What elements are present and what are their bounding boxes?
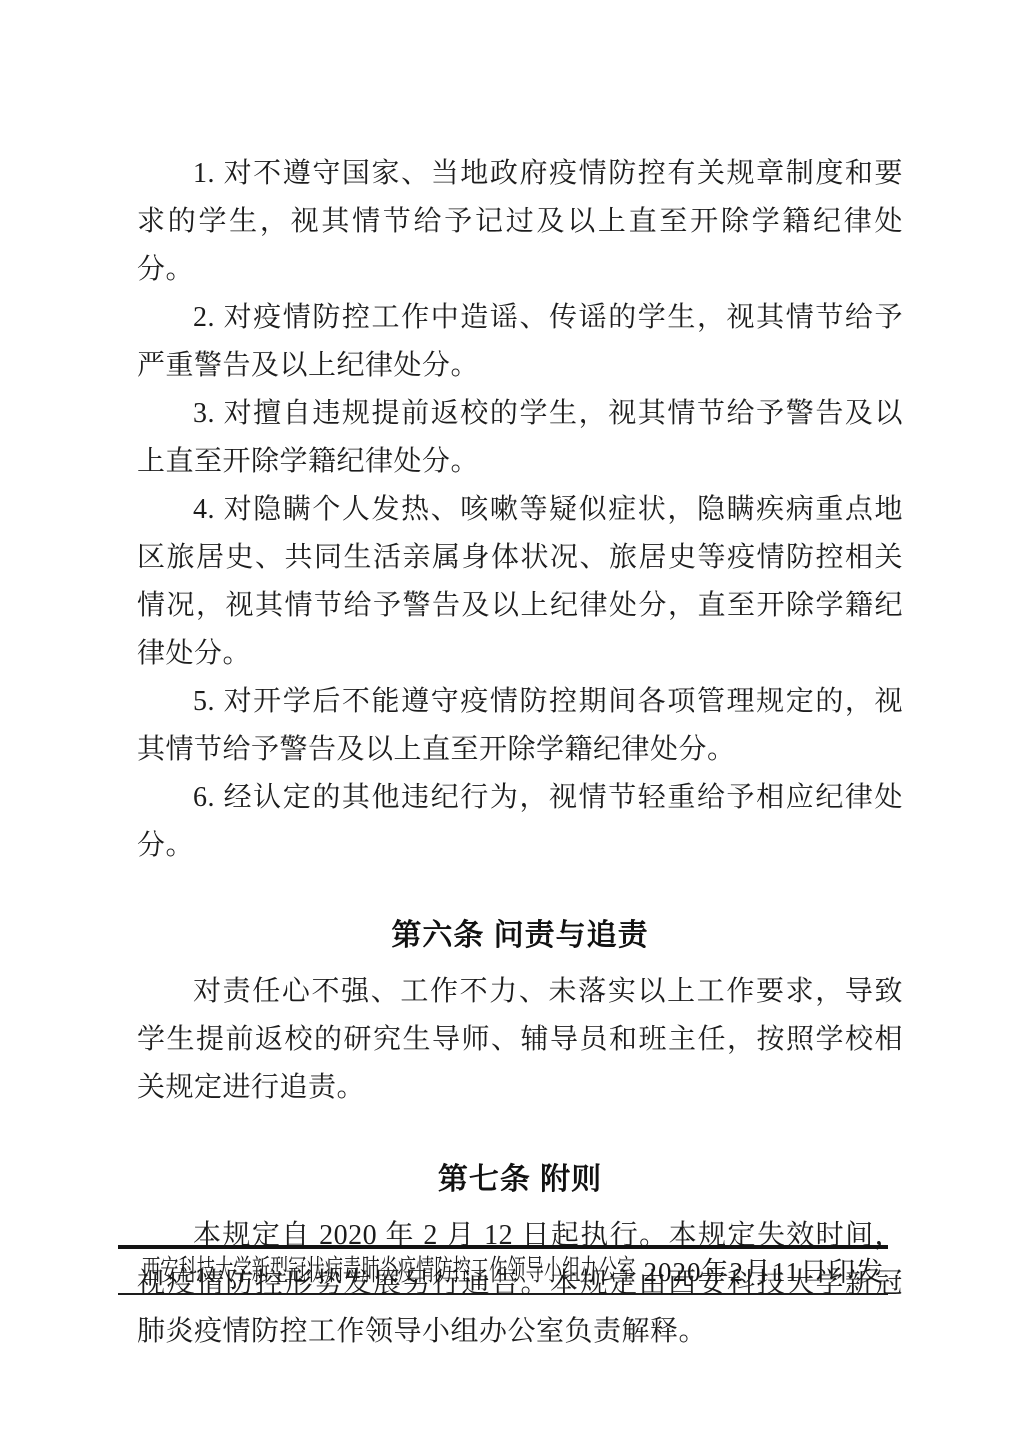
article-6-body: 对责任心不强、工作不力、未落实以上工作要求，导致学生提前返校的研究生导师、辅导员… <box>137 968 903 1112</box>
numbered-item-4: 4. 对隐瞒个人发热、咳嗽等疑似症状，隐瞒疾病重点地区旅居史、共同生活亲属身体状… <box>137 486 903 678</box>
footer-date: 2020年2月11日印发 <box>644 1250 885 1289</box>
numbered-item-5: 5. 对开学后不能遵守疫情防控期间各项管理规定的，视其情节给予警告及以上直至开除… <box>137 678 903 774</box>
footer-row: 西安科技大学新型冠状病毒肺炎疫情防控工作领导小组办公室 2020年2月11日印发 <box>118 1249 888 1295</box>
document-page: 1. 对不遵守国家、当地政府疫情防控有关规章制度和要求的学生，视其情节给予记过及… <box>0 0 1024 1448</box>
numbered-item-3: 3. 对擅自违规提前返校的学生，视其情节给予警告及以上直至开除学籍纪律处分。 <box>137 390 903 486</box>
numbered-item-2: 2. 对疫情防控工作中造谣、传谣的学生，视其情节给予严重警告及以上纪律处分。 <box>137 294 903 390</box>
footer-issuer: 西安科技大学新型冠状病毒肺炎疫情防控工作领导小组办公室 <box>142 1248 635 1289</box>
numbered-item-1: 1. 对不遵守国家、当地政府疫情防控有关规章制度和要求的学生，视其情节给予记过及… <box>137 150 903 294</box>
numbered-item-6: 6. 经认定的其他违纪行为，视情节轻重给予相应纪律处分。 <box>137 774 903 870</box>
article-7-heading: 第七条 附则 <box>137 1154 903 1206</box>
document-footer: 西安科技大学新型冠状病毒肺炎疫情防控工作领导小组办公室 2020年2月11日印发 <box>118 1245 888 1295</box>
article-6-heading: 第六条 问责与追责 <box>137 910 903 962</box>
document-body: 1. 对不遵守国家、当地政府疫情防控有关规章制度和要求的学生，视其情节给予记过及… <box>137 150 903 1356</box>
